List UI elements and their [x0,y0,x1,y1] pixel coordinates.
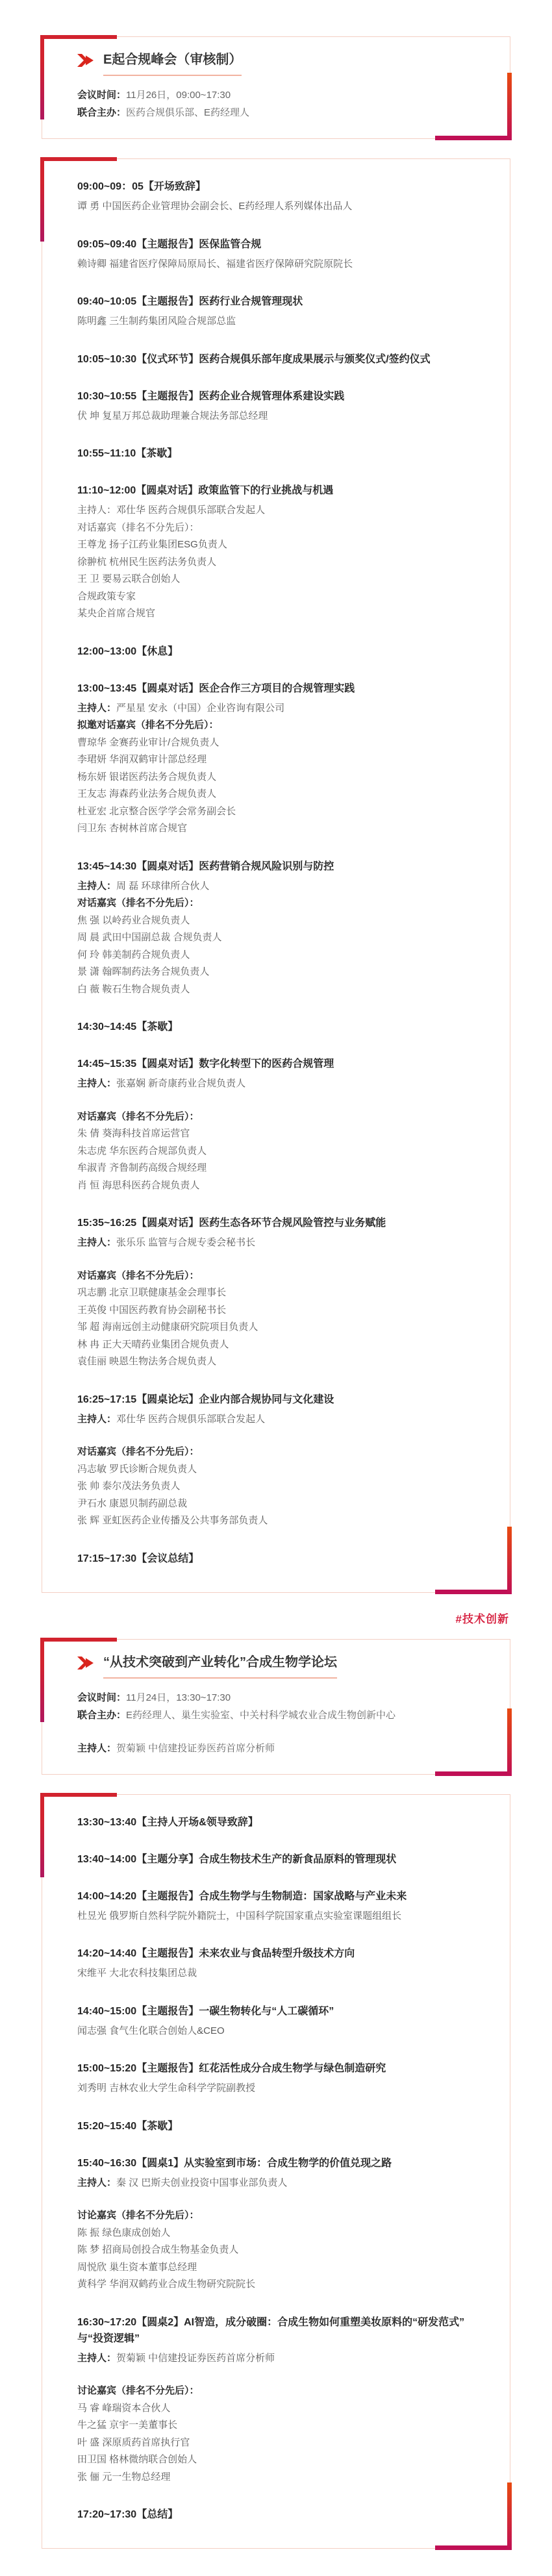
agenda-line-text: 黄科学 华润双鹤药业合成生物研究院院长 [77,2279,255,2290]
agenda-line: 周 晨 武田中国副总裁 合规负责人 [77,929,475,947]
corner-decoration [507,1708,512,1776]
agenda-line-text: 巩志鹏 北京卫联健康基金会理事长 [77,1287,226,1298]
agenda-line: 牟淑青 齐鲁制药高级合规经理 [77,1160,475,1177]
agenda-line-text: 张 俪 元一生物总经理 [77,2471,170,2482]
agenda-line: 景 潇 翰晖制药法务合规负责人 [77,964,475,981]
agenda-line-text: 叶 盛 深原质药首席执行官 [77,2437,190,2448]
agenda-line-text: 赖诗卿 福建省医疗保障局原局长、福建省医疗保障研究院原院长 [77,258,353,269]
agenda-line-label: 对话嘉宾（排名不分先后）： [77,1446,199,1457]
agenda-item: 15:35~16:25【圆桌对话】医药生态各环节合规风险管控与业务赋能主持人：张… [77,1215,475,1371]
agenda-item: 14:20~14:40【主题报告】未来农业与食品转型升级技术方向宋维平 大北农科… [77,1945,475,1982]
agenda-line: 伏 坤 复星万邦总裁助理兼合规法务部总经理 [77,408,475,425]
meta-label: 会议时间： [77,1692,126,1703]
agenda-line: 闫卫东 杏树林首席合规官 [77,820,475,838]
agenda-item-time-title: 13:45~14:30【圆桌对话】医药营销合规风险识别与防控 [77,858,475,875]
agenda-line-text: 闻志强 食气生化联合创始人&CEO [77,2025,225,2036]
agenda-line: 朱 倩 葵海科技首席运营官 [77,1125,475,1143]
agenda-item: 13:40~14:00【主题分享】合成生物技术生产的新食品原料的管理现状 [77,1851,475,1868]
agenda-line: 杜亚宏 北京整合医学学会常务副会长 [77,803,475,821]
agenda-line-text: 宋维平 大北农科技集团总裁 [77,1968,197,1979]
agenda-item: 10:05~10:30【仪式环节】医药合规俱乐部年度成果展示与颁奖仪式/签约仪式 [77,351,475,368]
meta-value: 贺菊颖 中信建投证券医药首席分析师 [116,1743,275,1754]
agenda-line-label: 主持人： [77,1414,116,1425]
meta-value: 医药合规俱乐部、E药经理人 [126,107,249,118]
agenda-line: 主持人：周 磊 环球律所合伙人 [77,878,475,895]
agenda-line: 曹琼华 金赛药业审计/合规负责人 [77,734,475,752]
agenda-line: 杜昱光 俄罗斯自然科学院外籍院士，中国科学院国家重点实验室课题组组长 [77,1908,475,1925]
agenda-line: 马 睿 峰瑞资本合伙人 [77,2400,475,2418]
meta-label: 会议时间： [77,90,126,101]
agenda-line: 拟邀对话嘉宾（排名不分先后）： [77,717,475,734]
agenda-line: 何 玲 韩美制药合规负责人 [77,947,475,964]
agenda-item: 12:00~13:00【休息】 [77,644,475,660]
meta-value: 11月24日，13:30~17:30 [126,1692,231,1703]
corner-decoration [40,1793,117,1797]
agenda-line-text: 陈 梦 招商局创投合成生物基金负责人 [77,2244,238,2255]
agenda-line: 陈 梦 招商局创投合成生物基金负责人 [77,2242,475,2259]
agenda-item-time-title: 09:40~10:05【主题报告】医药行业合规管理现状 [77,294,475,310]
agenda-line-text: 合规政策专家 [77,591,136,602]
agenda-item: 10:30~10:55【主题报告】医药企业合规管理体系建设实践伏 坤 复星万邦总… [77,388,475,425]
agenda-item: 14:00~14:20【主题报告】合成生物学与生物制造：国家战略与产业未来杜昱光… [77,1888,475,1925]
agenda-line: 某央企首席合规官 [77,605,475,623]
agenda-line: 朱志虎 华东医药合规部负责人 [77,1143,475,1160]
agenda-line: 主持人：张嘉娴 新奇康药业合规负责人 [77,1075,475,1093]
topic-tag-row: #技术创新 [42,1610,509,1626]
agenda-line: 周悦欣 巢生资本董事总经理 [77,2259,475,2277]
agenda-item-time-title: 10:05~10:30【仪式环节】医药合规俱乐部年度成果展示与颁奖仪式/签约仪式 [77,351,475,368]
topic-tag: #技术创新 [456,1613,509,1625]
meta-value: E药经理人、巢生实验室、中关村科学城农业合成生物创新中心 [126,1710,395,1721]
meta-label: 主持人： [77,1743,116,1754]
agenda-line-text: 袁佳丽 映恩生物法务合规负责人 [77,1356,216,1367]
agenda-line: 刘秀明 吉林农业大学生命科学学院副教授 [77,2080,475,2097]
agenda-item: 17:15~17:30【会议总结】 [77,1551,475,1567]
agenda-line: 合规政策专家 [77,588,475,606]
agenda-item-time-title: 13:40~14:00【主题分享】合成生物技术生产的新食品原料的管理现状 [77,1851,475,1868]
agenda-item-time-title: 15:40~16:30【圆桌1】从实验室到市场：合成生物学的价值兑现之路 [77,2155,475,2171]
agenda-line: 叶 盛 深原质药首席执行官 [77,2434,475,2452]
corner-decoration [40,157,117,161]
double-chevron-icon [77,53,94,71]
agenda-line-text: 马 睿 峰瑞资本合伙人 [77,2403,170,2414]
agenda-line-label: 主持人： [77,2177,116,2188]
agenda-item-time-title: 13:30~13:40【主持人开场&领导致辞】 [77,1814,475,1831]
agenda-line: 闻志强 食气生化联合创始人&CEO [77,2023,475,2040]
agenda-line-label: 主持人： [77,1078,116,1089]
agenda-item: 11:10~12:00【圆桌对话】政策监管下的行业挑战与机遇主持人：邓仕华 医药… [77,482,475,623]
agenda-line: 肖 恒 海思科医药合规负责人 [77,1177,475,1195]
meta-line: 联合主办：医药合规俱乐部、E药经理人 [77,104,475,121]
agenda-line: 王 卫 要易云联合创始人 [77,571,475,588]
agenda-line-text: 白 薇 鞍石生物合规负责人 [77,984,190,995]
agenda-line: 谭 勇 中国医药企业管理协会副会长、E药经理人系列媒体出品人 [77,198,475,216]
meta-label: 联合主办： [77,107,126,118]
corner-decoration [435,2545,512,2550]
agenda-line-text: 张 帅 泰尔茂法务负责人 [77,1481,180,1492]
agenda-line: 尹石水 康恩贝制药副总裁 [77,1495,475,1513]
agenda-line-label: 主持人： [77,703,116,714]
agenda-item: 14:40~15:00【主题报告】一碳生物转化与“人工碳循环”闻志强 食气生化联… [77,2003,475,2040]
agenda-line-text: 陈 振 绿色康成创始人 [77,2227,170,2238]
agenda-line-text: 王 卫 要易云联合创始人 [77,573,180,584]
agenda-item: 13:00~13:45【圆桌对话】医企合作三方项目的合规管理实践主持人：严星星 … [77,681,475,838]
agenda-line: 张 俪 元一生物总经理 [77,2469,475,2486]
section1-agenda-box: 09:00~09：05【开场致辞】谭 勇 中国医药企业管理协会副会长、E药经理人… [42,158,510,1593]
agenda-item-time-title: 14:40~15:00【主题报告】一碳生物转化与“人工碳循环” [77,2003,475,2020]
agenda-item-time-title: 16:30~17:20【圆桌2】AI智造，成分破圈：合成生物如何重塑美妆原料的“… [77,2314,475,2347]
agenda-item-time-title: 15:20~15:40【茶歇】 [77,2118,475,2134]
meta-line: 联合主办：E药经理人、巢生实验室、中关村科学城农业合成生物创新中心 [77,1707,475,1724]
agenda-item-time-title: 09:05~09:40【主题报告】医保监管合规 [77,236,475,253]
agenda-line: 赖诗卿 福建省医疗保障局原局长、福建省医疗保障研究院原院长 [77,256,475,273]
agenda-line-text: 贺菊颖 中信建投证券医药首席分析师 [116,2353,275,2364]
agenda-line-text: 周悦欣 巢生资本董事总经理 [77,2262,197,2273]
agenda-line: 焦 强 以岭药业合规负责人 [77,912,475,930]
corner-decoration [435,136,512,140]
agenda-line-text: 张 辉 亚虹医药企业传播及公共事务部负责人 [77,1515,268,1526]
agenda-line: 王友志 海森药业法务合规负责人 [77,786,475,803]
section2-meta: 会议时间：11月24日，13:30~17:30联合主办：E药经理人、巢生实验室、… [77,1689,475,1757]
agenda-item: 15:40~16:30【圆桌1】从实验室到市场：合成生物学的价值兑现之路主持人：… [77,2155,475,2294]
agenda-line-text: 田卫国 格林微纳联合创始人 [77,2454,197,2465]
agenda-line: 张 辉 亚虹医药企业传播及公共事务部负责人 [77,1512,475,1530]
corner-decoration [40,35,44,119]
agenda-line-text: 李珺妍 华润双鹤审计部总经理 [77,754,207,765]
meta-value: 11月26日，09:00~17:30 [126,90,231,101]
agenda-line-text: 严星星 安永（中国）企业咨询有限公司 [116,703,284,714]
agenda-line: 徐翀杭 杭州民生医药法务负责人 [77,554,475,571]
agenda-line-text: 谭 勇 中国医药企业管理协会副会长、E药经理人系列媒体出品人 [77,201,352,212]
agenda-line-text: 邹 超 海南远创主动健康研究院项目负责人 [77,1321,258,1332]
agenda-line-text: 张嘉娴 新奇康药业合规负责人 [116,1078,245,1089]
agenda-line-text: 张乐乐 监管与合规专委会秘书长 [116,1237,255,1248]
meta-line: 会议时间：11月26日，09:00~17:30 [77,86,475,104]
agenda-line: 对话嘉宾（排名不分先后）： [77,1444,475,1461]
corner-decoration [40,1793,44,1877]
agenda-line-label: 主持人： [77,1237,116,1248]
agenda-line-text: 对话嘉宾（排名不分先后）： [77,522,199,533]
agenda-line-text: 徐翀杭 杭州民生医药法务负责人 [77,556,216,568]
corner-decoration [40,1638,117,1642]
agenda-item: 09:40~10:05【主题报告】医药行业合规管理现状陈明鑫 三生制药集团风险合… [77,294,475,331]
corner-decoration [507,1527,512,1594]
double-chevron-icon [77,1655,94,1674]
agenda-line-label: 对话嘉宾（排名不分先后）： [77,897,199,908]
agenda-line-label: 对话嘉宾（排名不分先后）： [77,1111,199,1122]
agenda-item-time-title: 15:00~15:20【主题报告】红花活性成分合成生物学与绿色制造研究 [77,2060,475,2077]
agenda-line-text: 林 冉 正大天晴药业集团合规负责人 [77,1339,229,1350]
agenda-line-text: 牛之猛 京宇一美董事长 [77,2420,177,2431]
agenda-line: 陈 振 绿色康成创始人 [77,2225,475,2242]
agenda-item: 09:05~09:40【主题报告】医保监管合规赖诗卿 福建省医疗保障局原局长、福… [77,236,475,273]
agenda-item-time-title: 14:45~15:35【圆桌对话】数字化转型下的医药合规管理 [77,1056,475,1072]
agenda-line: 袁佳丽 映恩生物法务合规负责人 [77,1353,475,1371]
agenda-line: 白 薇 鞍石生物合规负责人 [77,981,475,999]
section2-agenda-box: 13:30~13:40【主持人开场&领导致辞】13:40~14:00【主题分享】… [42,1794,510,2549]
agenda-item-time-title: 12:00~13:00【休息】 [77,644,475,660]
agenda-line-text: 主持人：邓仕华 医药合规俱乐部联合发起人 [77,505,265,516]
agenda-item-time-title: 13:00~13:45【圆桌对话】医企合作三方项目的合规管理实践 [77,681,475,697]
agenda-line: 主持人：邓仕华 医药合规俱乐部联合发起人 [77,502,475,519]
agenda-item: 15:20~15:40【茶歇】 [77,2118,475,2134]
agenda-line-text: 冯志敏 罗氏诊断合规负责人 [77,1464,197,1475]
agenda-line: 牛之猛 京宇一美董事长 [77,2417,475,2434]
agenda-line: 主持人：张乐乐 监管与合规专委会秘书长 [77,1234,475,1252]
agenda-line-text: 焦 强 以岭药业合规负责人 [77,915,190,926]
agenda-line-text: 陈明鑫 三生制药集团风险合规部总监 [77,316,236,327]
agenda-line: 主持人：秦 汉 巴斯夫创业投资中国事业部负责人 [77,2175,475,2192]
agenda-line-text: 周 磊 环球律所合伙人 [116,881,209,892]
agenda-line-label: 拟邀对话嘉宾（排名不分先后）： [77,719,219,731]
agenda-line: 对话嘉宾（排名不分先后）： [77,519,475,537]
agenda-line-text: 刘秀明 吉林农业大学生命科学学院副教授 [77,2082,255,2094]
section2-title: “从技术突破到产业转化”合成生物学论坛 [103,1654,337,1679]
agenda-line-text: 杜亚宏 北京整合医学学会常务副会长 [77,806,236,817]
agenda-item-time-title: 11:10~12:00【圆桌对话】政策监管下的行业挑战与机遇 [77,482,475,499]
agenda-item-time-title: 16:25~17:15【圆桌论坛】企业内部合规协同与文化建设 [77,1392,475,1408]
corner-decoration [40,35,117,39]
agenda-item: 17:20~17:30【总结】 [77,2507,475,2523]
meta-line: 主持人：贺菊颖 中信建投证券医药首席分析师 [77,1740,475,1757]
agenda-item-time-title: 17:15~17:30【会议总结】 [77,1551,475,1567]
agenda-line-text: 曹琼华 金赛药业审计/合规负责人 [77,737,219,748]
agenda-item: 09:00~09：05【开场致辞】谭 勇 中国医药企业管理协会副会长、E药经理人… [77,179,475,216]
agenda-line-text: 邓仕华 医药合规俱乐部联合发起人 [116,1414,265,1425]
agenda-item: 16:30~17:20【圆桌2】AI智造，成分破圈：合成生物如何重塑美妆原料的“… [77,2314,475,2486]
agenda-line-text: 王英俊 中国医药教育协会副秘书长 [77,1305,226,1316]
agenda-line-label: 对话嘉宾（排名不分先后）： [77,1270,199,1281]
agenda-line-text: 周 晨 武田中国副总裁 合规负责人 [77,932,222,943]
agenda-line: 对话嘉宾（排名不分先后）： [77,1108,475,1126]
agenda-line-text: 尹石水 康恩贝制药副总裁 [77,1498,187,1509]
agenda-line: 黄科学 华润双鹤药业合成生物研究院院长 [77,2276,475,2294]
agenda-line: 主持人：贺菊颖 中信建投证券医药首席分析师 [77,2350,475,2368]
agenda-line: 讨论嘉宾（排名不分先后）： [77,2207,475,2225]
agenda-line-text: 王友志 海森药业法务合规负责人 [77,788,216,799]
corner-decoration [40,1638,44,1722]
corner-decoration [507,2482,512,2550]
agenda-item: 13:30~13:40【主持人开场&领导致辞】 [77,1814,475,1831]
agenda-item-time-title: 09:00~09：05【开场致辞】 [77,179,475,195]
agenda-item: 15:00~15:20【主题报告】红花活性成分合成生物学与绿色制造研究刘秀明 吉… [77,2060,475,2097]
agenda-line: 主持人：邓仕华 医药合规俱乐部联合发起人 [77,1411,475,1429]
agenda-line-text: 何 玲 韩美制药合规负责人 [77,949,190,960]
meta-line: 会议时间：11月24日，13:30~17:30 [77,1689,475,1707]
agenda-line: 讨论嘉宾（排名不分先后）： [77,2382,475,2400]
agenda-item: 14:45~15:35【圆桌对话】数字化转型下的医药合规管理主持人：张嘉娴 新奇… [77,1056,475,1194]
agenda-item-time-title: 14:20~14:40【主题报告】未来农业与食品转型升级技术方向 [77,1945,475,1962]
agenda-item-time-title: 10:55~11:10【茶歇】 [77,445,475,462]
agenda-line-text: 朱 倩 葵海科技首席运营官 [77,1128,190,1139]
agenda-line-text: 杜昱光 俄罗斯自然科学院外籍院士，中国科学院国家重点实验室课题组组长 [77,1910,401,1921]
section1-title: E起合规峰会（审核制） [103,51,242,76]
agenda-line: 李珺妍 华润双鹤审计部总经理 [77,751,475,769]
agenda-item-time-title: 15:35~16:25【圆桌对话】医药生态各环节合规风险管控与业务赋能 [77,1215,475,1231]
agenda-line: 对话嘉宾（排名不分先后）： [77,895,475,912]
agenda-item: 10:55~11:10【茶歇】 [77,445,475,462]
agenda-line: 冯志敏 罗氏诊断合规负责人 [77,1461,475,1479]
agenda-line-label: 讨论嘉宾（排名不分先后）： [77,2210,199,2221]
section1-header-box: E起合规峰会（审核制） 会议时间：11月26日，09:00~17:30联合主办：… [42,36,510,139]
section1-meta: 会议时间：11月26日，09:00~17:30联合主办：医药合规俱乐部、E药经理… [77,86,475,121]
corner-decoration [507,73,512,140]
meta-label: 联合主办： [77,1710,126,1721]
agenda-line-text: 牟淑青 齐鲁制药高级合规经理 [77,1162,207,1173]
agenda-line: 巩志鹏 北京卫联健康基金会理事长 [77,1284,475,1302]
agenda-line: 王英俊 中国医药教育协会副秘书长 [77,1302,475,1319]
agenda-item: 13:45~14:30【圆桌对话】医药营销合规风险识别与防控主持人：周 磊 环球… [77,858,475,999]
section2-title-row: “从技术突破到产业转化”合成生物学论坛 [77,1654,475,1679]
agenda-line: 陈明鑫 三生制药集团风险合规部总监 [77,313,475,331]
agenda-line-text: 景 潇 翰晖制药法务合规负责人 [77,966,209,977]
agenda-item-time-title: 14:30~14:45【茶歇】 [77,1019,475,1035]
agenda-line-label: 主持人： [77,2353,116,2364]
agenda-item-time-title: 17:20~17:30【总结】 [77,2507,475,2523]
page: E起合规峰会（审核制） 会议时间：11月26日，09:00~17:30联合主办：… [0,0,552,2576]
agenda-line-text: 某央企首席合规官 [77,608,155,619]
section2-header-box: “从技术突破到产业转化”合成生物学论坛 会议时间：11月24日，13:30~17… [42,1639,510,1775]
agenda-line: 王尊龙 扬子江药业集团ESG负责人 [77,536,475,554]
agenda-item-time-title: 10:30~10:55【主题报告】医药企业合规管理体系建设实践 [77,388,475,405]
corner-decoration [435,1771,512,1776]
agenda-line: 对话嘉宾（排名不分先后）： [77,1268,475,1285]
agenda-item: 14:30~14:45【茶歇】 [77,1019,475,1035]
agenda-item-time-title: 14:00~14:20【主题报告】合成生物学与生物制造：国家战略与产业未来 [77,1888,475,1905]
agenda-line-text: 朱志虎 华东医药合规部负责人 [77,1145,207,1157]
agenda-line: 张 帅 泰尔茂法务负责人 [77,1478,475,1495]
agenda-line-text: 王尊龙 扬子江药业集团ESG负责人 [77,539,227,550]
agenda-line-text: 秦 汉 巴斯夫创业投资中国事业部负责人 [116,2177,287,2188]
agenda-line-text: 闫卫东 杏树林首席合规官 [77,823,187,834]
agenda-line: 邹 超 海南远创主动健康研究院项目负责人 [77,1319,475,1336]
agenda-line-text: 杨东妍 银诺医药法务合规负责人 [77,771,216,782]
agenda-line: 杨东妍 银诺医药法务合规负责人 [77,769,475,786]
agenda-line: 林 冉 正大天晴药业集团合规负责人 [77,1336,475,1354]
agenda-line: 田卫国 格林微纳联合创始人 [77,2451,475,2469]
agenda-item: 16:25~17:15【圆桌论坛】企业内部合规协同与文化建设主持人：邓仕华 医药… [77,1392,475,1530]
agenda-line-label: 讨论嘉宾（排名不分先后）： [77,2385,199,2396]
agenda-line-text: 肖 恒 海思科医药合规负责人 [77,1180,199,1191]
section1-title-row: E起合规峰会（审核制） [77,51,475,76]
corner-decoration [40,157,44,242]
agenda-line-label: 主持人： [77,881,116,892]
agenda-line: 宋维平 大北农科技集团总裁 [77,1965,475,1982]
corner-decoration [435,1590,512,1594]
agenda-line-text: 伏 坤 复星万邦总裁助理兼合规法务部总经理 [77,410,268,421]
agenda-line: 主持人：严星星 安永（中国）企业咨询有限公司 [77,700,475,718]
